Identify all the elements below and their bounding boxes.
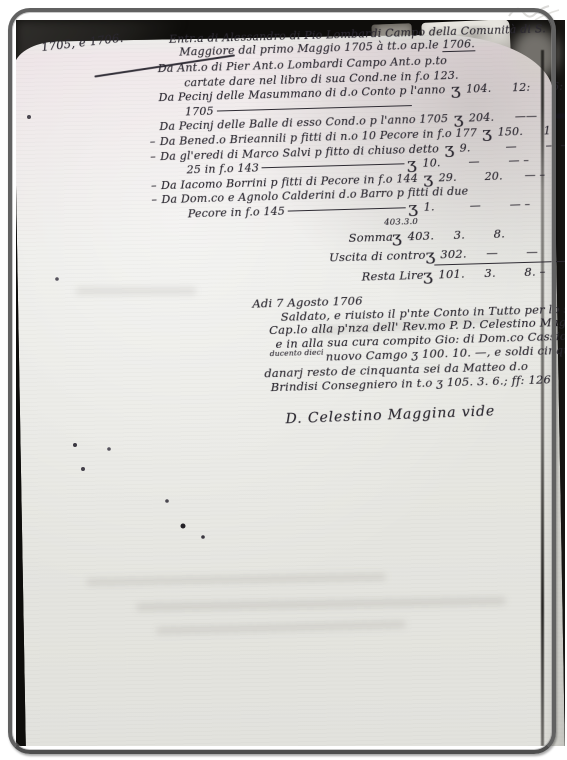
amount-denari <box>555 108 565 124</box>
brace-mark: ʒ <box>482 128 492 138</box>
amount-soldi: — <box>469 198 509 214</box>
brace-mark: ʒ <box>408 203 418 213</box>
total-label: Somma <box>348 227 393 247</box>
flourish-line <box>288 207 406 211</box>
amount-soldi: 12: <box>512 80 552 96</box>
brace-mark: ʒ <box>423 270 433 280</box>
amount-soldi: —— <box>515 109 555 125</box>
amount-lire: 29. <box>432 170 484 186</box>
brace-mark: ʒ <box>453 114 463 124</box>
amount-soldi: 3. <box>484 263 525 283</box>
amount-soldi: — <box>468 155 508 171</box>
entry-dash-mark: – <box>150 150 160 165</box>
photo-area: 1705, e 1706. Entr.a di Alessandro di Pi… <box>16 20 565 746</box>
amount-soldi <box>517 76 557 77</box>
heading-underlined-year: 1706. <box>442 37 475 52</box>
interline-note: ducento dieci <box>270 346 324 361</box>
amount-denari: — – <box>545 138 565 154</box>
amount-lire: 302. <box>434 244 487 265</box>
ink-smudge-mark <box>555 112 565 120</box>
amount-soldi: 20. <box>484 169 524 185</box>
settlement-paragraph: Saldato, e riuisto il p'nte Conto in Tut… <box>267 301 565 394</box>
amount-denari: — – <box>508 153 554 169</box>
amount-denari: 8. <box>493 223 540 243</box>
amount-lire: 101. <box>432 264 485 284</box>
brace-mark: ʒ <box>451 85 461 95</box>
amount-denari: 6: <box>552 79 565 95</box>
amount-denari: — – <box>524 167 565 183</box>
amount-soldi <box>467 106 507 107</box>
scanned-manuscript-page: 1705, e 1706. Entr.a di Alessandro di Pi… <box>0 0 567 760</box>
flourish-line <box>262 163 405 168</box>
brace-mark: ʒ <box>423 173 433 183</box>
brace-mark: ʒ <box>407 159 417 169</box>
amount-denari <box>507 105 553 106</box>
amount-lire <box>453 62 505 63</box>
brace-mark: ʒ <box>392 232 402 242</box>
amount-denari: 8. – <box>524 261 565 281</box>
total-row-resta: Resta Lire ʒ 101. 3. 8. – <box>361 262 557 286</box>
amount-lire: 104. <box>460 81 512 97</box>
amount-lire: 1. <box>418 199 470 215</box>
amount-lire <box>474 193 526 194</box>
brace-mark: ʒ <box>425 250 435 260</box>
ledger-rows: Da Ant.o di Pier Ant.o Lombardi Campo An… <box>148 51 556 223</box>
amount-lire <box>415 107 467 108</box>
amount-denari: — <box>526 241 565 262</box>
amount-lire: 9. <box>453 140 505 156</box>
amount-soldi: — <box>486 242 527 263</box>
entry-text: 1705 <box>185 104 214 119</box>
amount-denari: — – <box>509 197 555 213</box>
brace-mark: ʒ <box>444 143 454 153</box>
amount-soldi: — <box>505 139 545 155</box>
total-label: Uscita di contro <box>329 245 426 267</box>
amount-lire <box>465 77 517 78</box>
entry-text: Pecore in f.o 145 <box>188 205 286 222</box>
amount-soldi: 3. <box>453 224 494 244</box>
flourish-line <box>217 105 412 111</box>
entry-dash-mark: – <box>151 193 161 208</box>
amount-lire: 403. <box>401 225 454 245</box>
entry-dash-mark: – <box>151 179 161 194</box>
entry-dash-mark: – <box>150 135 160 150</box>
amount-soldi: 1 <box>543 123 565 139</box>
amount-soldi <box>505 61 545 62</box>
total-label: Resta Lire <box>361 265 424 286</box>
ledger-block: Entr.a di Alessandro di Pio Lombardi Cam… <box>147 22 562 429</box>
amount-lire: 150. <box>491 124 543 140</box>
